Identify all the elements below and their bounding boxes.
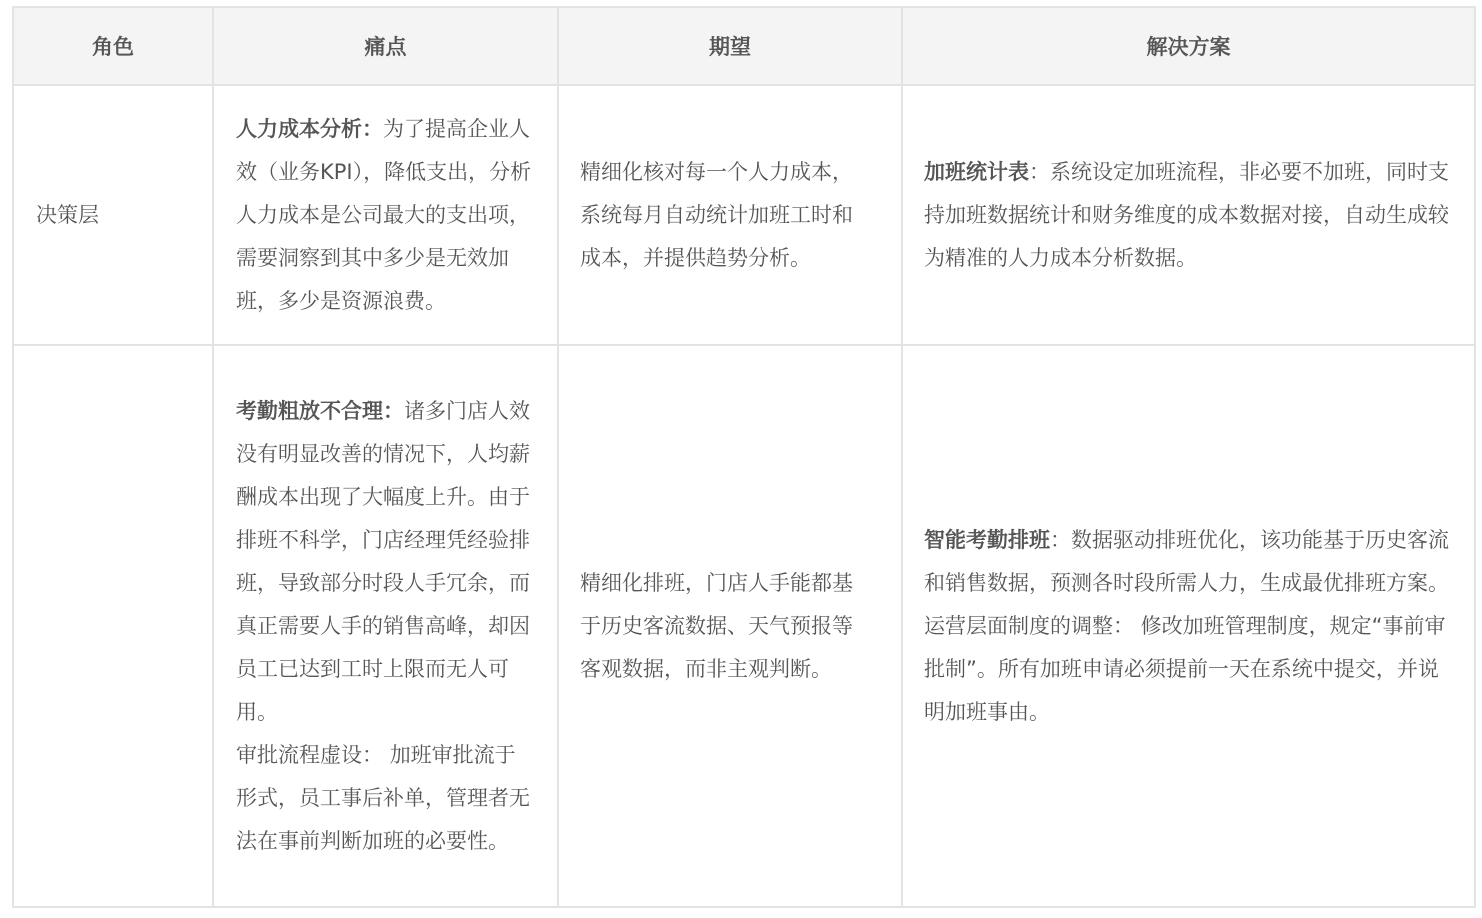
solution-cell: 智能考勤排班：数据驱动排班优化，该功能基于历史客流和销售数据，预测各时段所需人力… [902, 345, 1475, 907]
solution-title: 智能考勤排班 [924, 528, 1050, 552]
pain-point-text: 为了提高企业人效（业务KPI），降低支出，分析人力成本是公司最大的支出项，需要洞… [236, 117, 531, 313]
header-solution: 解决方案 [902, 7, 1475, 85]
pain-point-separator: ： [362, 117, 383, 141]
solution-title: 加班统计表 [924, 160, 1029, 184]
solution-paragraph: 加班统计表：系统设定加班流程，非必要不加班，同时支持加班数据统计和财务维度的成本… [924, 151, 1458, 280]
pain-point-cell: 考勤粗放不合理：诸多门店人效没有明显改善的情况下，人均薪酬成本出现了大幅度上升。… [213, 345, 558, 907]
solution-paragraph: 智能考勤排班：数据驱动排班优化，该功能基于历史客流和销售数据，预测各时段所需人力… [924, 519, 1458, 734]
pain-point-title: 考勤粗放不合理 [236, 399, 383, 423]
pain-point-separator: ： [383, 399, 404, 423]
solution-separator: ： [1029, 160, 1050, 184]
role-cell: 决策层 [13, 85, 213, 345]
pain-point-paragraph: 审批流程虚设： 加班审批流于形式，员工事后补单，管理者无法在事前判断加班的必要性… [236, 734, 533, 863]
pain-point-cell: 人力成本分析：为了提高企业人效（业务KPI），降低支出，分析人力成本是公司最大的… [213, 85, 558, 345]
pain-point-paragraph: 人力成本分析：为了提高企业人效（业务KPI），降低支出，分析人力成本是公司最大的… [236, 108, 533, 323]
table-header-row: 角色 痛点 期望 解决方案 [13, 7, 1475, 85]
role-cell [13, 345, 213, 907]
header-role: 角色 [13, 7, 213, 85]
solution-cell: 加班统计表：系统设定加班流程，非必要不加班，同时支持加班数据统计和财务维度的成本… [902, 85, 1475, 345]
pain-point-paragraph: 考勤粗放不合理：诸多门店人效没有明显改善的情况下，人均薪酬成本出现了大幅度上升。… [236, 390, 533, 734]
table-row: 考勤粗放不合理：诸多门店人效没有明显改善的情况下，人均薪酬成本出现了大幅度上升。… [13, 345, 1475, 907]
solution-text: 数据驱动排班优化，该功能基于历史客流和销售数据，预测各时段所需人力，生成最优排班… [924, 528, 1449, 724]
expectation-cell: 精细化排班，门店人手能都基于历史客流数据、天气预报等客观数据，而非主观判断。 [558, 345, 902, 907]
document-content: 角色 痛点 期望 解决方案 决策层 人力成本分析：为了提高企业人效（业务KPI）… [12, 6, 1476, 908]
role-painpoint-table: 角色 痛点 期望 解决方案 决策层 人力成本分析：为了提高企业人效（业务KPI）… [12, 6, 1476, 908]
table-row: 决策层 人力成本分析：为了提高企业人效（业务KPI），降低支出，分析人力成本是公… [13, 85, 1475, 345]
solution-separator: ： [1050, 528, 1071, 552]
pain-point-text: 诸多门店人效没有明显改善的情况下，人均薪酬成本出现了大幅度上升。由于排班不科学，… [236, 399, 530, 724]
header-expectation: 期望 [558, 7, 902, 85]
pain-point-title: 审批流程虚设 [236, 743, 362, 767]
pain-point-title: 人力成本分析 [236, 117, 362, 141]
header-pain-points: 痛点 [213, 7, 558, 85]
pain-point-separator: ： [362, 743, 390, 767]
expectation-cell: 精细化核对每一个人力成本，系统每月自动统计加班工时和成本，并提供趋势分析。 [558, 85, 902, 345]
